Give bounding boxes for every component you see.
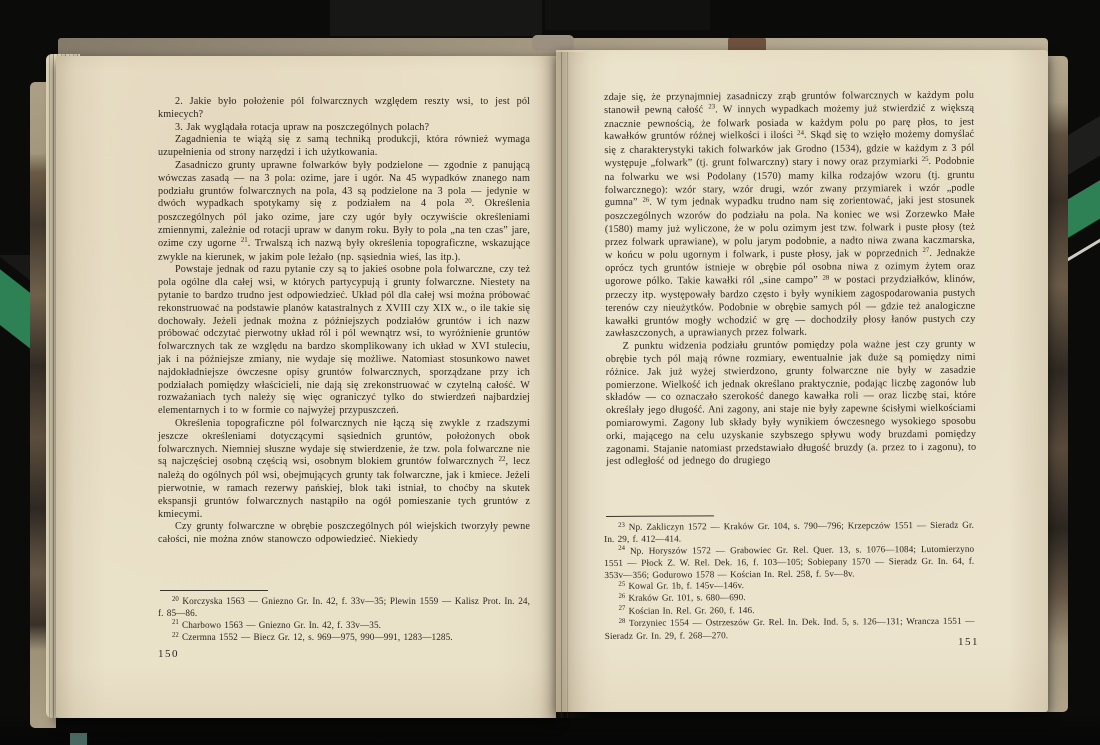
left-page-footnotes: 20 Korczyska 1563 — Gniezno Gr. In. 42, … — [158, 590, 530, 645]
right-page-footnotes: 23 Np. Zakliczyn 1572 — Kraków Gr. 104, … — [604, 514, 975, 642]
left-page-text: 2. Jakie było położenie pól folwarcznych… — [158, 96, 530, 547]
background-panel — [330, 0, 542, 36]
paragraph: Określenia topograficzne pól folwarcznyc… — [158, 418, 530, 521]
footnote-rule — [160, 590, 268, 591]
footnote: 22 Czermna 1552 — Biecz Gr. 12, s. 969—9… — [158, 632, 530, 644]
paragraph: Zagadnienia te wiążą się z samą techniką… — [158, 134, 530, 160]
footnote-rule — [606, 515, 714, 517]
paragraph: Z punktu widzenia podziału gruntów pomię… — [606, 339, 977, 469]
paragraph: Czy grunty folwarczne w obrębie poszczeg… — [158, 521, 530, 547]
right-page-text: zdaje się, że przynajmniej zasadniczy zr… — [604, 90, 976, 469]
book-headband — [532, 35, 574, 51]
paragraph: 3. Jak wyglądała rotacja upraw na poszcz… — [158, 122, 530, 135]
page-number-right: 151 — [958, 636, 979, 648]
footnote: 24 Np. Horyszów 1572 — Grabowiec Gr. Rel… — [604, 544, 974, 581]
background-shadow — [0, 718, 1100, 745]
book-page-right: zdaje się, że przynajmniej zasadniczy zr… — [556, 50, 1048, 712]
paragraph: Powstaje jednak od razu pytanie czy są t… — [158, 264, 530, 418]
paragraph: 2. Jakie było położenie pól folwarcznych… — [158, 96, 530, 122]
book-scan-scene: 2. Jakie było położenie pól folwarcznych… — [0, 0, 1100, 745]
paragraph: Zasadniczo grunty uprawne folwarków były… — [158, 160, 530, 264]
footnote: 21 Charbowo 1563 — Gniezno Gr. In. 42, f… — [158, 620, 530, 632]
footnote: 23 Np. Zakliczyn 1572 — Kraków Gr. 104, … — [604, 520, 974, 546]
footnote: 28 Torzyniec 1554 — Ostrzeszów Gr. Rel. … — [605, 616, 975, 642]
footnote: 20 Korczyska 1563 — Gniezno Gr. In. 42, … — [158, 596, 530, 620]
page-number-left: 150 — [158, 648, 179, 660]
paragraph: zdaje się, że przynajmniej zasadniczy zr… — [604, 90, 976, 341]
background-object — [70, 733, 87, 745]
book-page-left: 2. Jakie było położenie pól folwarcznych… — [56, 56, 556, 718]
background-panel — [545, 0, 710, 30]
